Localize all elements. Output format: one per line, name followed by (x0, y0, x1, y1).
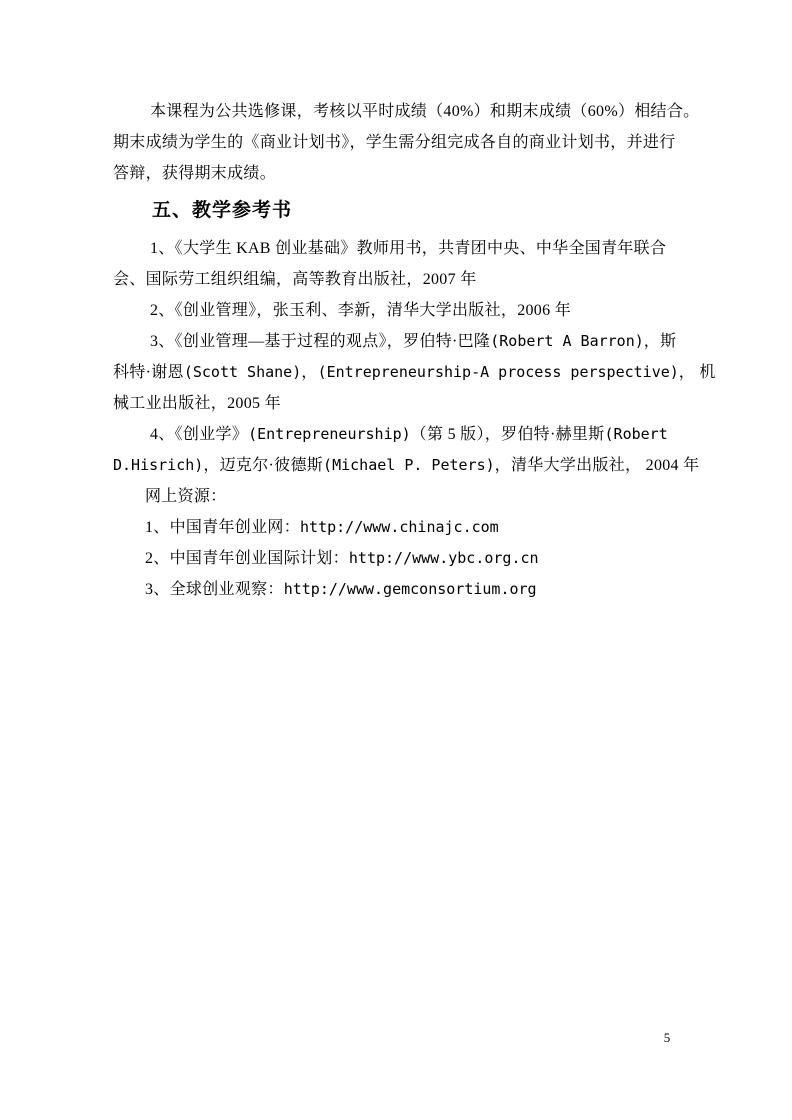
text-segment: 3、全球创业观察： (145, 581, 284, 598)
reference-3-line-1: 3、《创业管理—基于过程的观点》，罗伯特·巴隆(Robert A Barron)… (113, 326, 685, 357)
latin-text-segment: (Robert (605, 425, 668, 443)
latin-text-segment: (Michael P. Peters) (323, 456, 495, 474)
text-segment: 1、中国青年创业网： (145, 519, 300, 536)
reference-1-line-1: 1、《大学生 KAB 创业基础》教师用书，共青团中央、中华全国青年联合 (113, 233, 685, 264)
document-body: 本课程为公共选修课，考核以平时成绩（40%）和期末成绩（60%）相结合。期末成绩… (113, 96, 685, 605)
intro-line-1: 本课程为公共选修课，考核以平时成绩（40%）和期末成绩（60%）相结合。 (113, 96, 685, 127)
intro-line-2: 期末成绩为学生的《商业计划书》，学生需分组完成各自的商业计划书，并进行 (113, 127, 685, 158)
latin-text-segment: (Entrepreneurship) (248, 425, 411, 443)
reference-4-line-1: 4、《创业学》(Entrepreneurship)（第 5 版），罗伯特·赫里斯… (113, 419, 685, 450)
online-resources-label: 网上资源： (113, 481, 685, 512)
reference-1-line-2: 会、国际劳工组织组编，高等教育出版社，2007 年 (113, 264, 685, 295)
latin-text-segment: D.Hisrich) (113, 456, 203, 474)
text-segment: 2、《创业管理》，张玉利、李新，清华大学出版社，2006 年 (150, 302, 571, 319)
latin-text-segment: http://www.chinajc.com (300, 518, 499, 536)
section-heading: 五、教学参考书 (113, 189, 685, 233)
text-segment: 会、国际劳工组织组编，高等教育出版社，2007 年 (113, 271, 477, 288)
text-segment: 本课程为公共选修课，考核以平时成绩（40%）和期末成绩（60%）相结合。 (150, 103, 699, 120)
text-segment: 4、《创业学》 (150, 426, 248, 443)
text-segment: 科特·谢恩 (113, 364, 184, 381)
text-segment: （第 5 版），罗伯特·赫里斯 (411, 426, 605, 443)
online-resource-2: 2、中国青年创业国际计划：http://www.ybc.org.cn (113, 543, 685, 574)
text-segment: 期末成绩为学生的《商业计划书》，学生需分组完成各自的商业计划书，并进行 (113, 134, 676, 151)
text-segment: 网上资源： (145, 488, 227, 505)
text-segment: 五、教学参考书 (152, 200, 292, 221)
document-page: 本课程为公共选修课，考核以平时成绩（40%）和期末成绩（60%）相结合。期末成绩… (0, 0, 792, 1120)
intro-line-3: 答辩，获得期末成绩。 (113, 158, 685, 189)
reference-3-line-3: 械工业出版社，2005 年 (113, 388, 685, 419)
online-resource-1: 1、中国青年创业网：http://www.chinajc.com (113, 512, 685, 543)
text-segment: ， 机 (679, 364, 716, 381)
latin-text-segment: (Entrepreneurship-A process perspective) (318, 363, 679, 381)
reference-3-line-2: 科特·谢恩(Scott Shane)，(Entrepreneurship-A p… (113, 357, 685, 388)
text-segment: 答辩，获得期末成绩。 (113, 165, 276, 182)
text-segment: 3、《创业管理—基于过程的观点》，罗伯特·巴隆 (150, 333, 490, 350)
page-number: 5 (655, 1030, 679, 1046)
latin-text-segment: (Robert A Barron) (490, 332, 644, 350)
latin-text-segment: http://www.ybc.org.cn (349, 549, 539, 567)
text-segment: ， (301, 364, 317, 381)
latin-text-segment: (Scott Shane) (184, 363, 301, 381)
text-segment: 械工业出版社，2005 年 (113, 395, 281, 412)
text-segment: ，清华大学出版社， 2004 年 (495, 457, 700, 474)
reference-2: 2、《创业管理》，张玉利、李新，清华大学出版社，2006 年 (113, 295, 685, 326)
text-segment: ，斯 (644, 333, 677, 350)
text-segment: 1、《大学生 KAB 创业基础》教师用书，共青团中央、中华全国青年联合 (150, 240, 666, 257)
online-resource-3: 3、全球创业观察：http://www.gemconsortium.org (113, 574, 685, 605)
text-segment: 2、中国青年创业国际计划： (145, 550, 349, 567)
reference-4-line-2: D.Hisrich)，迈克尔·彼德斯(Michael P. Peters)，清华… (113, 450, 685, 481)
latin-text-segment: http://www.gemconsortium.org (284, 580, 537, 598)
text-segment: ，迈克尔·彼德斯 (203, 457, 323, 474)
